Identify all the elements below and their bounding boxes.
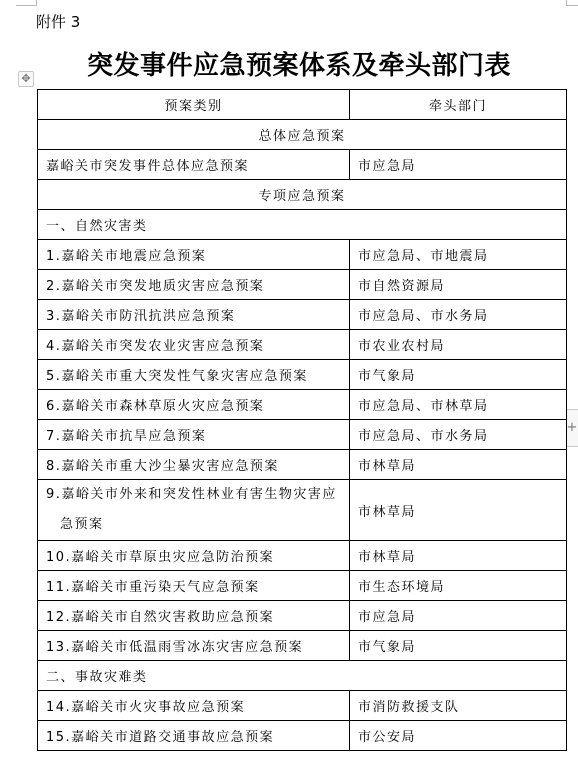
attachment-label: 附件 3 bbox=[36, 12, 80, 32]
dept-cell[interactable]: 市林草局 bbox=[350, 450, 567, 480]
category-accident-label[interactable]: 二、事故灾难类 bbox=[38, 661, 567, 691]
table-header-row: 预案类别 牵头部门 bbox=[38, 90, 567, 120]
dept-cell[interactable]: 市应急局、市地震局 bbox=[350, 240, 567, 270]
plan-cell-line-1: 9.嘉峪关市外来和突发性林业有害生物灾害应 bbox=[46, 487, 337, 502]
table-row: 14.嘉峪关市火灾事故应急预案 市消防救援支队 bbox=[38, 691, 567, 721]
table-move-handle-icon[interactable]: ✥ bbox=[18, 71, 34, 87]
dept-cell[interactable]: 市消防救援支队 bbox=[350, 691, 567, 721]
plan-cell[interactable]: 14.嘉峪关市火灾事故应急预案 bbox=[38, 691, 350, 721]
add-column-plus-icon[interactable]: + bbox=[566, 409, 578, 447]
section-row-overall: 总体应急预案 bbox=[38, 120, 567, 150]
table-row: 5.嘉峪关市重大突发性气象灾害应急预案 市气象局 bbox=[38, 360, 567, 390]
table-row: 15.嘉峪关市道路交通事故应急预案 市公安局 bbox=[38, 721, 567, 751]
plan-cell[interactable]: 10.嘉峪关市草原虫灾应急防治预案 bbox=[38, 541, 350, 571]
table-row: 11.嘉峪关市重污染天气应急预案 市生态环境局 bbox=[38, 571, 567, 601]
plan-cell-line-2: 急预案 bbox=[46, 510, 104, 540]
dept-cell[interactable]: 市应急局、市水务局 bbox=[350, 420, 567, 450]
section-overall-label[interactable]: 总体应急预案 bbox=[38, 120, 567, 150]
plan-cell[interactable]: 9.嘉峪关市外来和突发性林业有害生物灾害应急预案 bbox=[38, 480, 350, 541]
table-row: 10.嘉峪关市草原虫灾应急防治预案 市林草局 bbox=[38, 541, 567, 571]
plan-cell[interactable]: 嘉峪关市突发事件总体应急预案 bbox=[38, 150, 350, 180]
plan-table: 预案类别 牵头部门 总体应急预案 嘉峪关市突发事件总体应急预案 市应急局 专项应… bbox=[37, 89, 567, 751]
document-title: 突发事件应急预案体系及牵头部门表 bbox=[0, 48, 578, 84]
section-row-special: 专项应急预案 bbox=[38, 180, 567, 210]
dept-cell[interactable]: 市自然资源局 bbox=[350, 270, 567, 300]
table-row: 2.嘉峪关市突发地质灾害应急预案 市自然资源局 bbox=[38, 270, 567, 300]
section-special-label[interactable]: 专项应急预案 bbox=[38, 180, 567, 210]
plan-cell[interactable]: 11.嘉峪关市重污染天气应急预案 bbox=[38, 571, 350, 601]
plan-cell[interactable]: 3.嘉峪关市防汛抗洪应急预案 bbox=[38, 300, 350, 330]
plan-cell[interactable]: 1.嘉峪关市地震应急预案 bbox=[38, 240, 350, 270]
plan-cell[interactable]: 12.嘉峪关市自然灾害救助应急预案 bbox=[38, 601, 350, 631]
table-row: 3.嘉峪关市防汛抗洪应急预案 市应急局、市水务局 bbox=[38, 300, 567, 330]
dept-cell[interactable]: 市气象局 bbox=[350, 360, 567, 390]
table-row: 4.嘉峪关市突发农业灾害应急预案 市农业农村局 bbox=[38, 330, 567, 360]
category-row-accident: 二、事故灾难类 bbox=[38, 661, 567, 691]
plan-cell[interactable]: 4.嘉峪关市突发农业灾害应急预案 bbox=[38, 330, 350, 360]
page-corner-mark-left bbox=[16, 0, 37, 6]
plan-cell[interactable]: 8.嘉峪关市重大沙尘暴灾害应急预案 bbox=[38, 450, 350, 480]
plan-cell[interactable]: 15.嘉峪关市道路交通事故应急预案 bbox=[38, 721, 350, 751]
table-row: 8.嘉峪关市重大沙尘暴灾害应急预案 市林草局 bbox=[38, 450, 567, 480]
table-row: 7.嘉峪关市抗旱应急预案 市应急局、市水务局 bbox=[38, 420, 567, 450]
plan-cell[interactable]: 2.嘉峪关市突发地质灾害应急预案 bbox=[38, 270, 350, 300]
dept-cell[interactable]: 市应急局、市林草局 bbox=[350, 390, 567, 420]
plan-cell[interactable]: 6.嘉峪关市森林草原火灾应急预案 bbox=[38, 390, 350, 420]
dept-cell[interactable]: 市生态环境局 bbox=[350, 571, 567, 601]
dept-cell[interactable]: 市应急局、市水务局 bbox=[350, 300, 567, 330]
dept-cell[interactable]: 市农业农村局 bbox=[350, 330, 567, 360]
dept-cell[interactable]: 市林草局 bbox=[350, 541, 567, 571]
plan-cell[interactable]: 7.嘉峪关市抗旱应急预案 bbox=[38, 420, 350, 450]
category-natural-label[interactable]: 一、自然灾害类 bbox=[38, 210, 567, 240]
plan-cell[interactable]: 5.嘉峪关市重大突发性气象灾害应急预案 bbox=[38, 360, 350, 390]
header-plan-category[interactable]: 预案类别 bbox=[38, 90, 350, 120]
page-corner-mark-right bbox=[566, 0, 578, 6]
header-lead-department[interactable]: 牵头部门 bbox=[350, 90, 567, 120]
dept-cell[interactable]: 市公安局 bbox=[350, 721, 567, 751]
category-row-natural: 一、自然灾害类 bbox=[38, 210, 567, 240]
table-row: 6.嘉峪关市森林草原火灾应急预案 市应急局、市林草局 bbox=[38, 390, 567, 420]
table-row: 13.嘉峪关市低温雨雪冰冻灾害应急预案 市气象局 bbox=[38, 631, 567, 661]
dept-cell[interactable]: 市应急局 bbox=[350, 601, 567, 631]
dept-cell[interactable]: 市林草局 bbox=[350, 480, 567, 541]
table-row: 1.嘉峪关市地震应急预案 市应急局、市地震局 bbox=[38, 240, 567, 270]
dept-cell[interactable]: 市气象局 bbox=[350, 631, 567, 661]
table-row: 12.嘉峪关市自然灾害救助应急预案 市应急局 bbox=[38, 601, 567, 631]
dept-cell[interactable]: 市应急局 bbox=[350, 150, 567, 180]
plan-cell[interactable]: 13.嘉峪关市低温雨雪冰冻灾害应急预案 bbox=[38, 631, 350, 661]
table-row: 9.嘉峪关市外来和突发性林业有害生物灾害应急预案 市林草局 bbox=[38, 480, 567, 541]
table-row: 嘉峪关市突发事件总体应急预案 市应急局 bbox=[38, 150, 567, 180]
